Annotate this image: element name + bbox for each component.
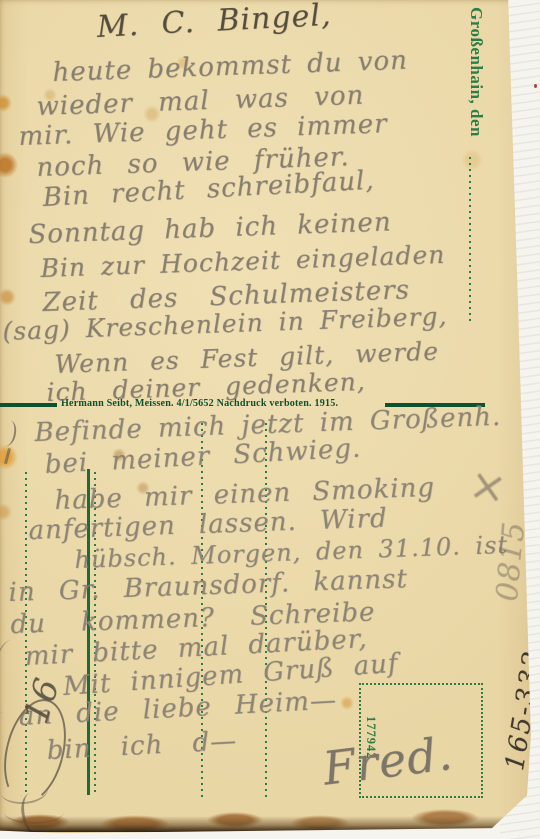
postcard-back: Großenhain, den Hermann Seibt, Meissen. … [0,0,540,839]
dateline-dotted-leader [469,157,471,325]
card-bottom-edge-wear [0,816,520,832]
dateline-text: Großenhain, den [466,7,486,137]
red-fleck [534,84,537,88]
postcard-scan: Großenhain, den Hermann Seibt, Meissen. … [0,0,540,839]
